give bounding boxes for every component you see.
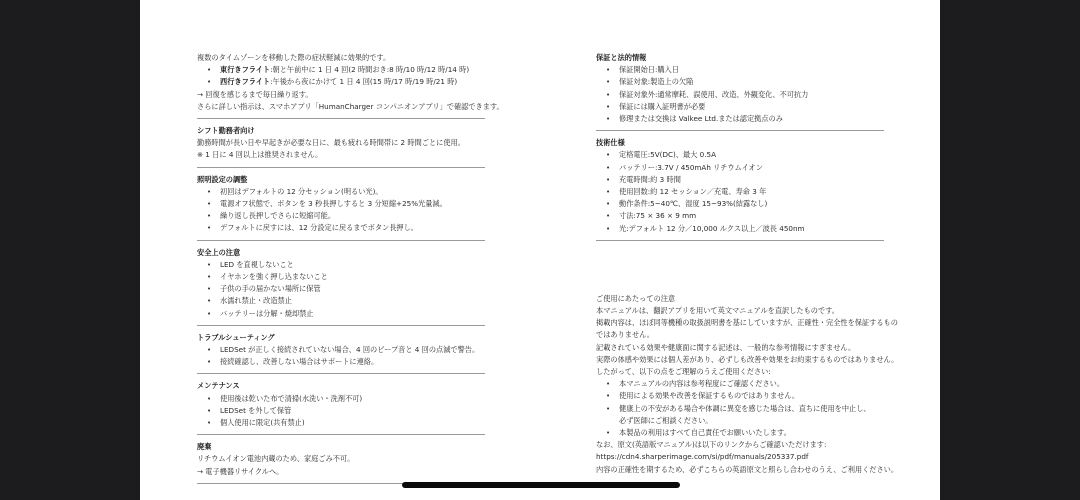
list-item: 保証対象:製造上の欠陥: [596, 76, 888, 88]
list-item: 繰り返し長押しでさらに短縮可能。: [197, 210, 489, 222]
list-item: 使用後は乾いた布で清掃(水洗い・洗剤不可): [197, 393, 489, 405]
right-column: 保証と法的情報 保証開始日:購入日 保証対象:製造上の欠陥 保証対象外:通常摩耗…: [596, 52, 888, 476]
list-item: 健康上の不安がある場合や体調に異変を感じた場合は、直ちに使用を中止し、必ず医師に…: [596, 403, 876, 427]
list-item: 接続確認し、改善しない場合はサポートに連絡。: [197, 356, 489, 368]
section-heading: 技術仕様: [596, 137, 888, 149]
bullet-list: 本マニュアルの内容は参考程度にご確認ください。 使用による効果や改善を保証するも…: [596, 378, 888, 439]
paragraph: 記載されている効果や健康面に関する記述は、一般的な参考情報にすぎません。: [596, 342, 888, 354]
eastbound-text: :朝と午前中に 1 日 4 回(2 時間おき:8 時/10 時/12 時/14 …: [270, 65, 469, 74]
section-heading: ご使用にあたっての注意: [596, 293, 888, 305]
document-page[interactable]: 複数のタイムゾーンを移動した際の症状軽減に効果的です。 東行きフライト:朝と午前…: [140, 0, 940, 500]
app-note: さらに詳しい指示は、スマホアプリ「HumanCharger コンパニオンアプリ」…: [197, 101, 489, 113]
paragraph: 掲載内容は、ほぼ同等機種の取扱説明書を基にしていますが、正確性・完全性を保証する…: [596, 317, 888, 329]
paragraph: 実際の体感や効果には個人差があり、必ずしも改善や効果をお約束するものではありませ…: [596, 354, 888, 366]
section-heading: メンテナンス: [197, 380, 489, 392]
bullet-list: 初回はデフォルトの 12 分セッション(明るい光)。 電源オフ状態で、ボタンを …: [197, 186, 489, 235]
spacer: [596, 247, 888, 293]
list-item: LEDSet が正しく接続されていない場合、4 回のビープ音と 4 回の点滅で警…: [197, 344, 489, 356]
westbound-text: :午後から夜にかけて 1 日 4 回(15 時/17 時/19 時/21 時): [270, 77, 457, 86]
section-heading: 安全上の注意: [197, 247, 489, 259]
manual-url-link[interactable]: https://cdn4.sharperimage.com/si/pdf/man…: [596, 451, 888, 463]
list-item: 保証には購入証明書が必要: [596, 101, 888, 113]
home-indicator[interactable]: [402, 482, 680, 488]
paragraph: なお、原文(英語版マニュアル)は以下のリンクからご確認いただけます:: [596, 439, 888, 451]
jetlag-section: 複数のタイムゾーンを移動した際の症状軽減に効果的です。 東行きフライト:朝と午前…: [197, 52, 489, 113]
left-column: 複数のタイムゾーンを移動した際の症状軽減に効果的です。 東行きフライト:朝と午前…: [197, 52, 489, 490]
bullet-list: LEDSet が正しく接続されていない場合、4 回のビープ音と 4 回の点滅で警…: [197, 344, 489, 368]
divider: [596, 240, 884, 241]
divider: [197, 240, 485, 241]
maintenance-section: メンテナンス 使用後は乾いた布で清掃(水洗い・洗剤不可) LEDSet を外して…: [197, 380, 489, 429]
shift-section: シフト勤務者向け 勤務時間が長い日や早起きが必要な日に、最も疲れる時間帯に 2 …: [197, 125, 489, 162]
specs-section: 技術仕様 定格電圧:5V(DC)、最大 0.5A バッテリー:3.7V / 45…: [596, 137, 888, 235]
eastbound-label: 東行きフライト: [220, 65, 270, 74]
list-item: 電源オフ状態で、ボタンを 3 秒長押しすると 3 分短縮+25%光量減。: [197, 198, 489, 210]
paragraph: 勤務時間が長い日や早起きが必要な日に、最も疲れる時間帯に 2 時間ごとに使用。: [197, 137, 489, 149]
list-item: 充電時間:約 3 時間: [596, 174, 888, 186]
list-item: 保証対象外:通常摩耗、誤使用、改造、外観変化、不可抗力: [596, 89, 888, 101]
troubleshooting-section: トラブルシューティング LEDSet が正しく接続されていない場合、4 回のビー…: [197, 332, 489, 369]
divider: [197, 434, 485, 435]
divider: [197, 167, 485, 168]
list-item: 本マニュアルの内容は参考程度にご確認ください。: [596, 378, 888, 390]
list-item: 東行きフライト:朝と午前中に 1 日 4 回(2 時間おき:8 時/10 時/1…: [197, 64, 489, 76]
paragraph: ※ 1 日に 4 回以上は推奨されません。: [197, 149, 489, 161]
paragraph: 内容の正確性を期するため、必ずこちらの英語原文と照らし合わせのうえ、ご利用くださ…: [596, 464, 888, 476]
paragraph: → 電子機器リサイクルへ。: [197, 466, 489, 478]
list-item: 保証開始日:購入日: [596, 64, 888, 76]
list-item: 個人使用に限定(共有禁止): [197, 417, 489, 429]
list-item: 西行きフライト:午後から夜にかけて 1 日 4 回(15 時/17 時/19 時…: [197, 76, 489, 88]
warranty-section: 保証と法的情報 保証開始日:購入日 保証対象:製造上の欠陥 保証対象外:通常摩耗…: [596, 52, 888, 125]
divider: [197, 373, 485, 374]
section-heading: 保証と法的情報: [596, 52, 888, 64]
list-item: 定格電圧:5V(DC)、最大 0.5A: [596, 149, 888, 161]
list-item: 初回はデフォルトの 12 分セッション(明るい光)。: [197, 186, 489, 198]
list-item: LED を直視しないこと: [197, 259, 489, 271]
paragraph: 本マニュアルは、翻訳アプリを用いて英文マニュアルを直訳したものです。: [596, 305, 888, 317]
divider: [197, 118, 485, 119]
list-item: デフォルトに戻すには、12 分設定に戻るまでボタン長押し。: [197, 222, 489, 234]
section-heading: 照明設定の調整: [197, 174, 489, 186]
list-item: イヤホンを強く押し込まないこと: [197, 271, 489, 283]
list-item: 本製品の利用はすべて自己責任でお願いいたします。: [596, 427, 888, 439]
section-heading: 廃棄: [197, 441, 489, 453]
list-item: 使用回数:約 12 セッション／充電、寿命 3 年: [596, 186, 888, 198]
list-item: 光:デフォルト 12 分／10,000 ルクス以上／波長 450nm: [596, 223, 888, 235]
usage-notice-section: ご使用にあたっての注意 本マニュアルは、翻訳アプリを用いて英文マニュアルを直訳し…: [596, 293, 888, 476]
section-heading: トラブルシューティング: [197, 332, 489, 344]
bullet-list: 定格電圧:5V(DC)、最大 0.5A バッテリー:3.7V / 450mAh …: [596, 149, 888, 234]
paragraph: ではありません。: [596, 329, 888, 341]
flight-list: 東行きフライト:朝と午前中に 1 日 4 回(2 時間おき:8 時/10 時/1…: [197, 64, 489, 88]
divider: [197, 325, 485, 326]
list-item: バッテリー:3.7V / 450mAh リチウムイオン: [596, 162, 888, 174]
safety-section: 安全上の注意 LED を直視しないこと イヤホンを強く押し込まないこと 子供の手…: [197, 247, 489, 320]
paragraph: リチウムイオン電池内蔵のため、家庭ごみ不可。: [197, 453, 489, 465]
list-item: 水濡れ禁止・改造禁止: [197, 295, 489, 307]
divider: [596, 130, 884, 131]
list-item: 修理または交換は Valkee Ltd.または認定拠点のみ: [596, 113, 888, 125]
repeat-note: → 回復を感じるまで毎日繰り返す。: [197, 89, 489, 101]
light-settings-section: 照明設定の調整 初回はデフォルトの 12 分セッション(明るい光)。 電源オフ状…: [197, 174, 489, 235]
bullet-list: 保証開始日:購入日 保証対象:製造上の欠陥 保証対象外:通常摩耗、誤使用、改造、…: [596, 64, 888, 125]
list-item: 使用による効果や改善を保証するものではありません。: [596, 390, 888, 402]
westbound-label: 西行きフライト: [220, 77, 270, 86]
list-item: 寸法:75 × 36 × 9 mm: [596, 210, 888, 222]
document-viewer: 複数のタイムゾーンを移動した際の症状軽減に効果的です。 東行きフライト:朝と午前…: [0, 0, 1080, 500]
list-item: バッテリーは分解・焼却禁止: [197, 308, 489, 320]
list-item: 子供の手の届かない場所に保管: [197, 283, 489, 295]
disposal-section: 廃棄 リチウムイオン電池内蔵のため、家庭ごみ不可。 → 電子機器リサイクルへ。: [197, 441, 489, 478]
paragraph: したがって、以下の点をご理解のうえご使用ください:: [596, 366, 888, 378]
section-heading: シフト勤務者向け: [197, 125, 489, 137]
list-item: 動作条件:5~40℃、湿度 15~93%(結露なし): [596, 198, 888, 210]
bullet-list: 使用後は乾いた布で清掃(水洗い・洗剤不可) LEDSet を外して保管 個人使用…: [197, 393, 489, 430]
bullet-list: LED を直視しないこと イヤホンを強く押し込まないこと 子供の手の届かない場所…: [197, 259, 489, 320]
list-item: LEDSet を外して保管: [197, 405, 489, 417]
intro-text: 複数のタイムゾーンを移動した際の症状軽減に効果的です。: [197, 52, 489, 64]
